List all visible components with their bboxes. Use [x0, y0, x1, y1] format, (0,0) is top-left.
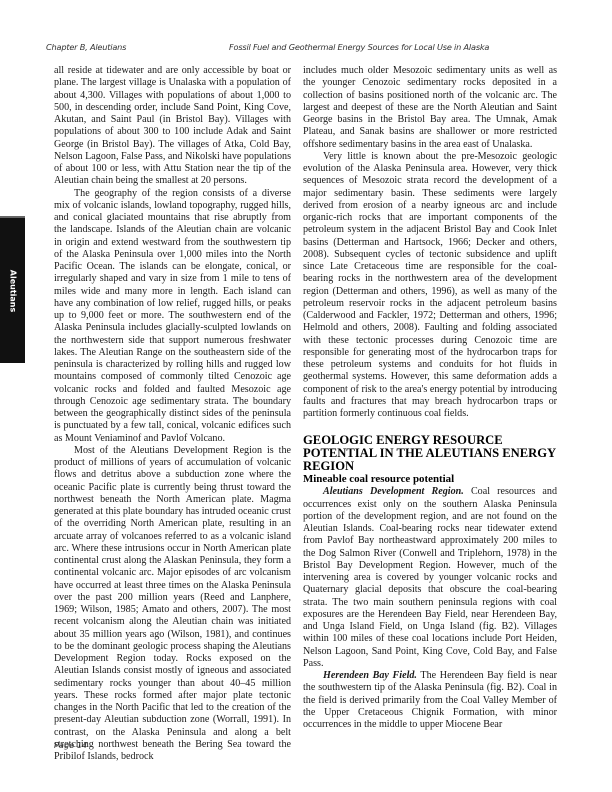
run-in-heading: Herendeen Bay Field. [323, 670, 417, 681]
section-thumb-tab-label: Aleutians [8, 269, 17, 311]
page-number: Page 14 [54, 740, 87, 750]
running-head-chapter: Chapter B, Aleutians [46, 42, 126, 52]
body-paragraph: includes much older Mesozoic sedimentary… [303, 65, 557, 151]
body-paragraph: Very little is known about the pre-Mesoz… [303, 151, 557, 421]
run-in-heading: Aleutians Development Region. [323, 486, 464, 497]
running-head-title: Fossil Fuel and Geothermal Energy Source… [229, 42, 489, 52]
body-paragraph: The geography of the region consists of … [54, 188, 291, 445]
right-column: includes much older Mesozoic sedimentary… [303, 65, 557, 731]
body-paragraph: Herendeen Bay Field. The Herendeen Bay f… [303, 670, 557, 731]
subsection-heading: Mineable coal resource potential [303, 473, 557, 486]
body-paragraph: Most of the Aleutians Development Region… [54, 445, 291, 764]
body-paragraph: all reside at tidewater and are only acc… [54, 65, 291, 188]
left-column: all reside at tidewater and are only acc… [54, 65, 291, 763]
paragraph-text: Coal resources and occurrences exist onl… [303, 486, 557, 669]
body-paragraph: Aleutians Development Region. Coal resou… [303, 486, 557, 670]
section-heading: GEOLOGIC ENERGY RESOURCE POTENTIAL IN TH… [303, 434, 557, 473]
section-thumb-tab: Aleutians [0, 216, 25, 363]
